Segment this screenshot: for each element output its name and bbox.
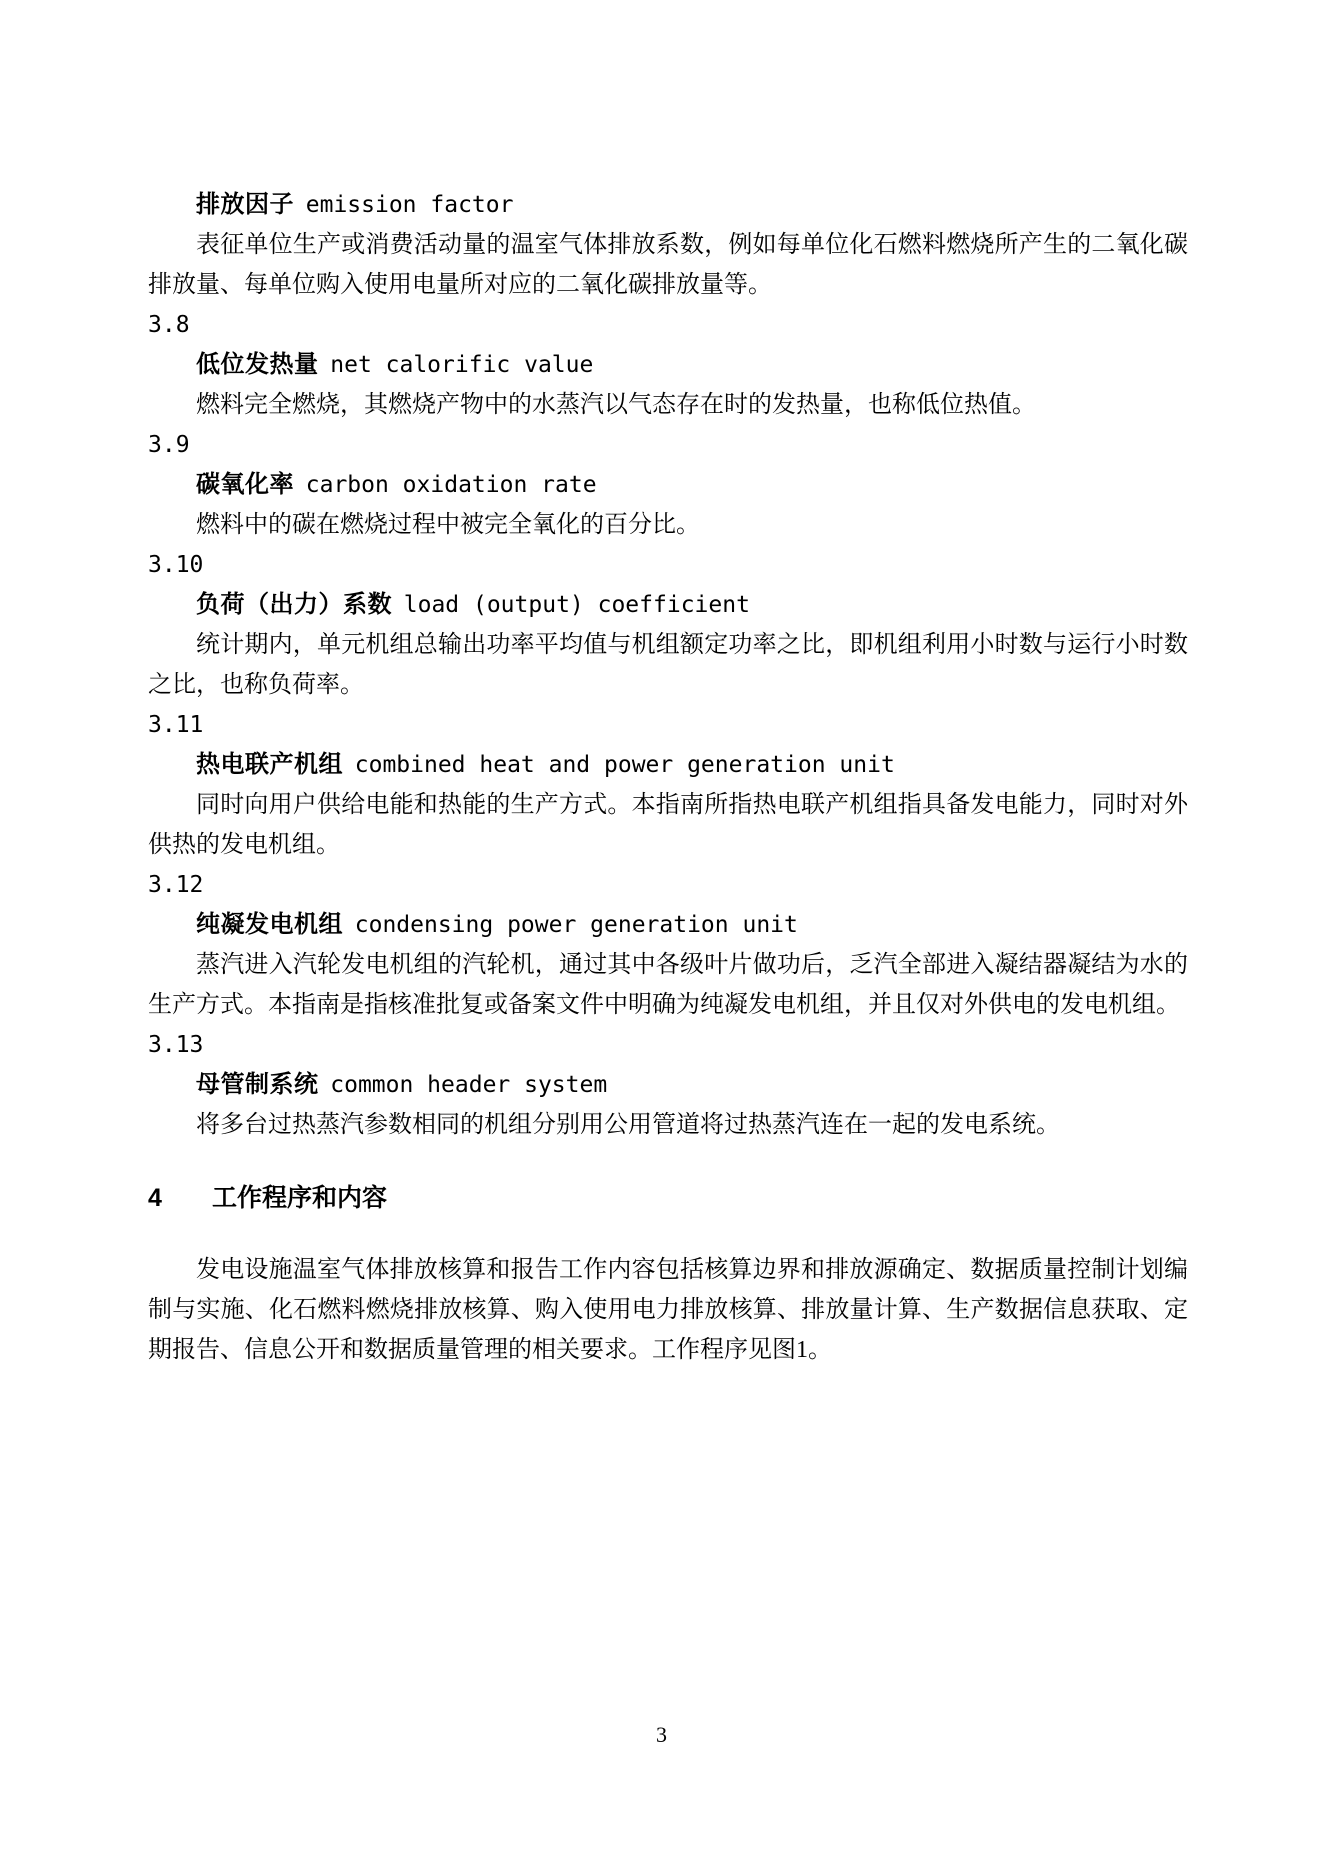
document-page: 排放因子 emission factor 表征单位生产或消费活动量的温室气体排放… — [0, 0, 1323, 1871]
term-definition: 表征单位生产或消费活动量的温室气体排放系数，例如每单位化石燃料燃烧所产生的二氧化… — [148, 225, 1188, 305]
page-number: 3 — [0, 1722, 1323, 1748]
section-number-3-13: 3.13 — [148, 1025, 1188, 1065]
term-line-common-header-system: 母管制系统 common header system — [148, 1065, 1188, 1105]
term-en: combined heat and power generation unit — [355, 752, 895, 778]
term-line-load-output-coefficient: 负荷（出力）系数 load (output) coefficient — [148, 585, 1188, 625]
term-zh: 排放因子 — [196, 191, 294, 218]
term-en: condensing power generation unit — [355, 912, 798, 938]
chapter-4-paragraph: 发电设施温室气体排放核算和报告工作内容包括核算边界和排放源确定、数据质量控制计划… — [148, 1250, 1188, 1370]
term-en: load (output) coefficient — [404, 592, 750, 618]
term-zh: 碳氧化率 — [196, 471, 294, 498]
term-definition: 蒸汽进入汽轮发电机组的汽轮机，通过其中各级叶片做功后，乏汽全部进入凝结器凝结为水… — [148, 945, 1188, 1025]
term-zh: 低位发热量 — [196, 351, 319, 378]
term-line-condensing-power-unit: 纯凝发电机组 condensing power generation unit — [148, 905, 1188, 945]
section-number-3-8: 3.8 — [148, 305, 1188, 345]
term-en: carbon oxidation rate — [306, 472, 597, 498]
term-line-emission-factor: 排放因子 emission factor — [148, 185, 1188, 225]
term-line-combined-heat-and-power-unit: 热电联产机组 combined heat and power generatio… — [148, 745, 1188, 785]
chapter-4-heading: 4工作程序和内容 — [148, 1178, 1188, 1218]
term-en: net calorific value — [330, 352, 593, 378]
term-zh: 热电联产机组 — [196, 751, 343, 778]
section-number-3-10: 3.10 — [148, 545, 1188, 585]
term-definition: 同时向用户供给电能和热能的生产方式。本指南所指热电联产机组指具备发电能力，同时对… — [148, 785, 1188, 865]
term-zh: 负荷（出力）系数 — [196, 591, 392, 618]
chapter-number: 4 — [148, 1178, 212, 1218]
section-number-3-11: 3.11 — [148, 705, 1188, 745]
term-definition: 将多台过热蒸汽参数相同的机组分别用公用管道将过热蒸汽连在一起的发电系统。 — [148, 1105, 1188, 1145]
section-number-3-12: 3.12 — [148, 865, 1188, 905]
document-body: 排放因子 emission factor 表征单位生产或消费活动量的温室气体排放… — [148, 185, 1188, 1370]
term-definition: 燃料中的碳在燃烧过程中被完全氧化的百分比。 — [148, 505, 1188, 545]
term-zh: 纯凝发电机组 — [196, 911, 343, 938]
section-number-3-9: 3.9 — [148, 425, 1188, 465]
term-definition: 燃料完全燃烧，其燃烧产物中的水蒸汽以气态存在时的发热量，也称低位热值。 — [148, 385, 1188, 425]
term-line-net-calorific-value: 低位发热量 net calorific value — [148, 345, 1188, 385]
chapter-title: 工作程序和内容 — [212, 1184, 387, 1212]
term-en: common header system — [330, 1072, 607, 1098]
term-zh: 母管制系统 — [196, 1071, 319, 1098]
term-en: emission factor — [306, 192, 514, 218]
term-definition: 统计期内，单元机组总输出功率平均值与机组额定功率之比，即机组利用小时数与运行小时… — [148, 625, 1188, 705]
term-line-carbon-oxidation-rate: 碳氧化率 carbon oxidation rate — [148, 465, 1188, 505]
